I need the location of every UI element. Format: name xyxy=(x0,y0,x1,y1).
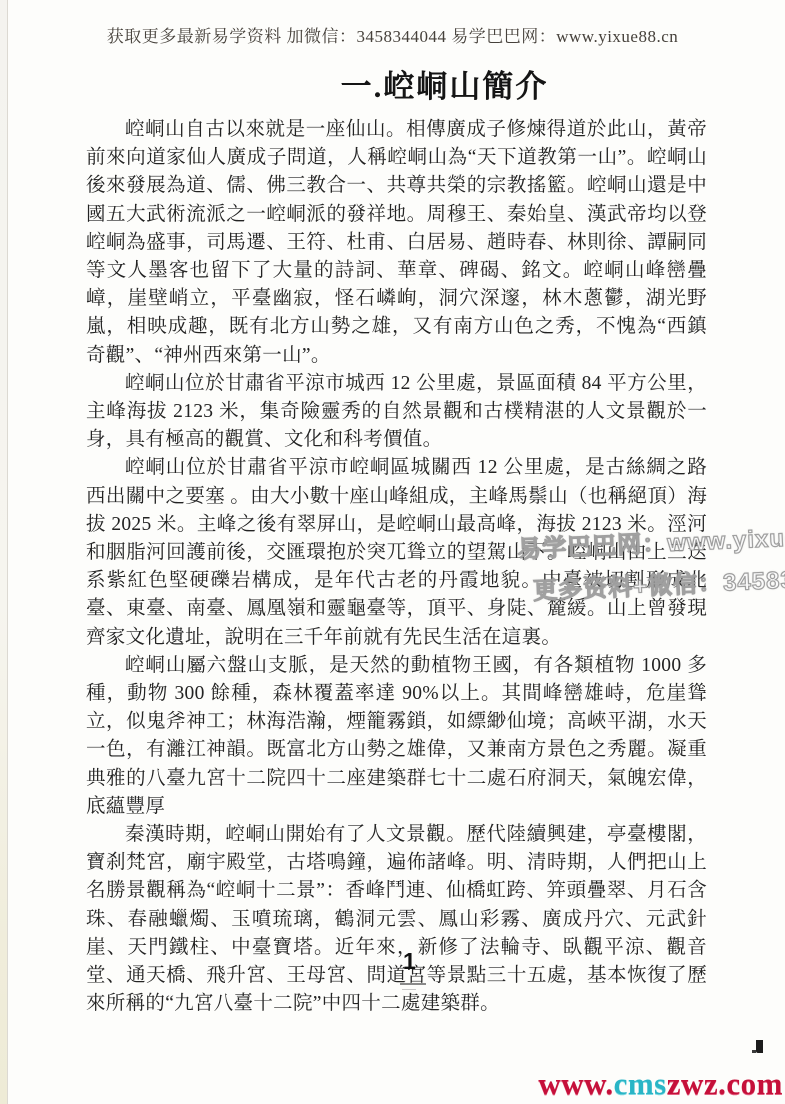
scan-left-edge-artifact xyxy=(0,0,8,1104)
page-title: 一.崆峒山簡介 xyxy=(52,61,785,106)
page-number: 1 xyxy=(403,948,416,975)
footer-cms-segment: cms xyxy=(614,1066,667,1101)
paragraph-intro: 崆峒山自古以來就是一座仙山。相傳廣成子修煉得道於此山，黃帝前來向道家仙人廣成子問… xyxy=(86,116,707,370)
scan-corner-mark xyxy=(756,1040,763,1053)
paragraph-location-area: 崆峒山位於甘肅省平涼市城西 12 公里處，景區面積 84 平方公里，主峰海拔 2… xyxy=(86,370,707,455)
paragraph-geography: 崆峒山位於甘肅省平涼市崆峒區城關西 12 公里處，是古絲綢之路西出關中之要塞 。… xyxy=(86,454,707,651)
document-body: 崆峒山自古以來就是一座仙山。相傳廣成子修煉得道於此山，黃帝前來向道家仙人廣成子問… xyxy=(86,116,707,1019)
page-number-underline-faint xyxy=(402,989,416,990)
header-promo-text: 获取更多最新易学资料 加微信：3458344044 易学巴巴网：www.yixu… xyxy=(0,0,785,47)
footer-site-watermark: www.cmszwz.com xyxy=(538,1066,783,1102)
paragraph-flora-fauna: 崆峒山屬六盤山支脈，是天然的動植物王國，有各類植物 1000 多種，動物 300… xyxy=(86,652,707,821)
footer-www-segment: www. xyxy=(538,1066,613,1101)
footer-zwz-segment: zwz.com xyxy=(667,1066,783,1101)
document-page: 获取更多最新易学资料 加微信：3458344044 易学巴巴网：www.yixu… xyxy=(0,0,785,1104)
paragraph-history-sights: 秦漢時期，崆峒山開始有了人文景觀。歷代陸續興建，亭臺樓閣，寶刹梵宮，廟宇殿堂，古… xyxy=(86,821,707,1018)
page-number-underline xyxy=(400,983,426,985)
